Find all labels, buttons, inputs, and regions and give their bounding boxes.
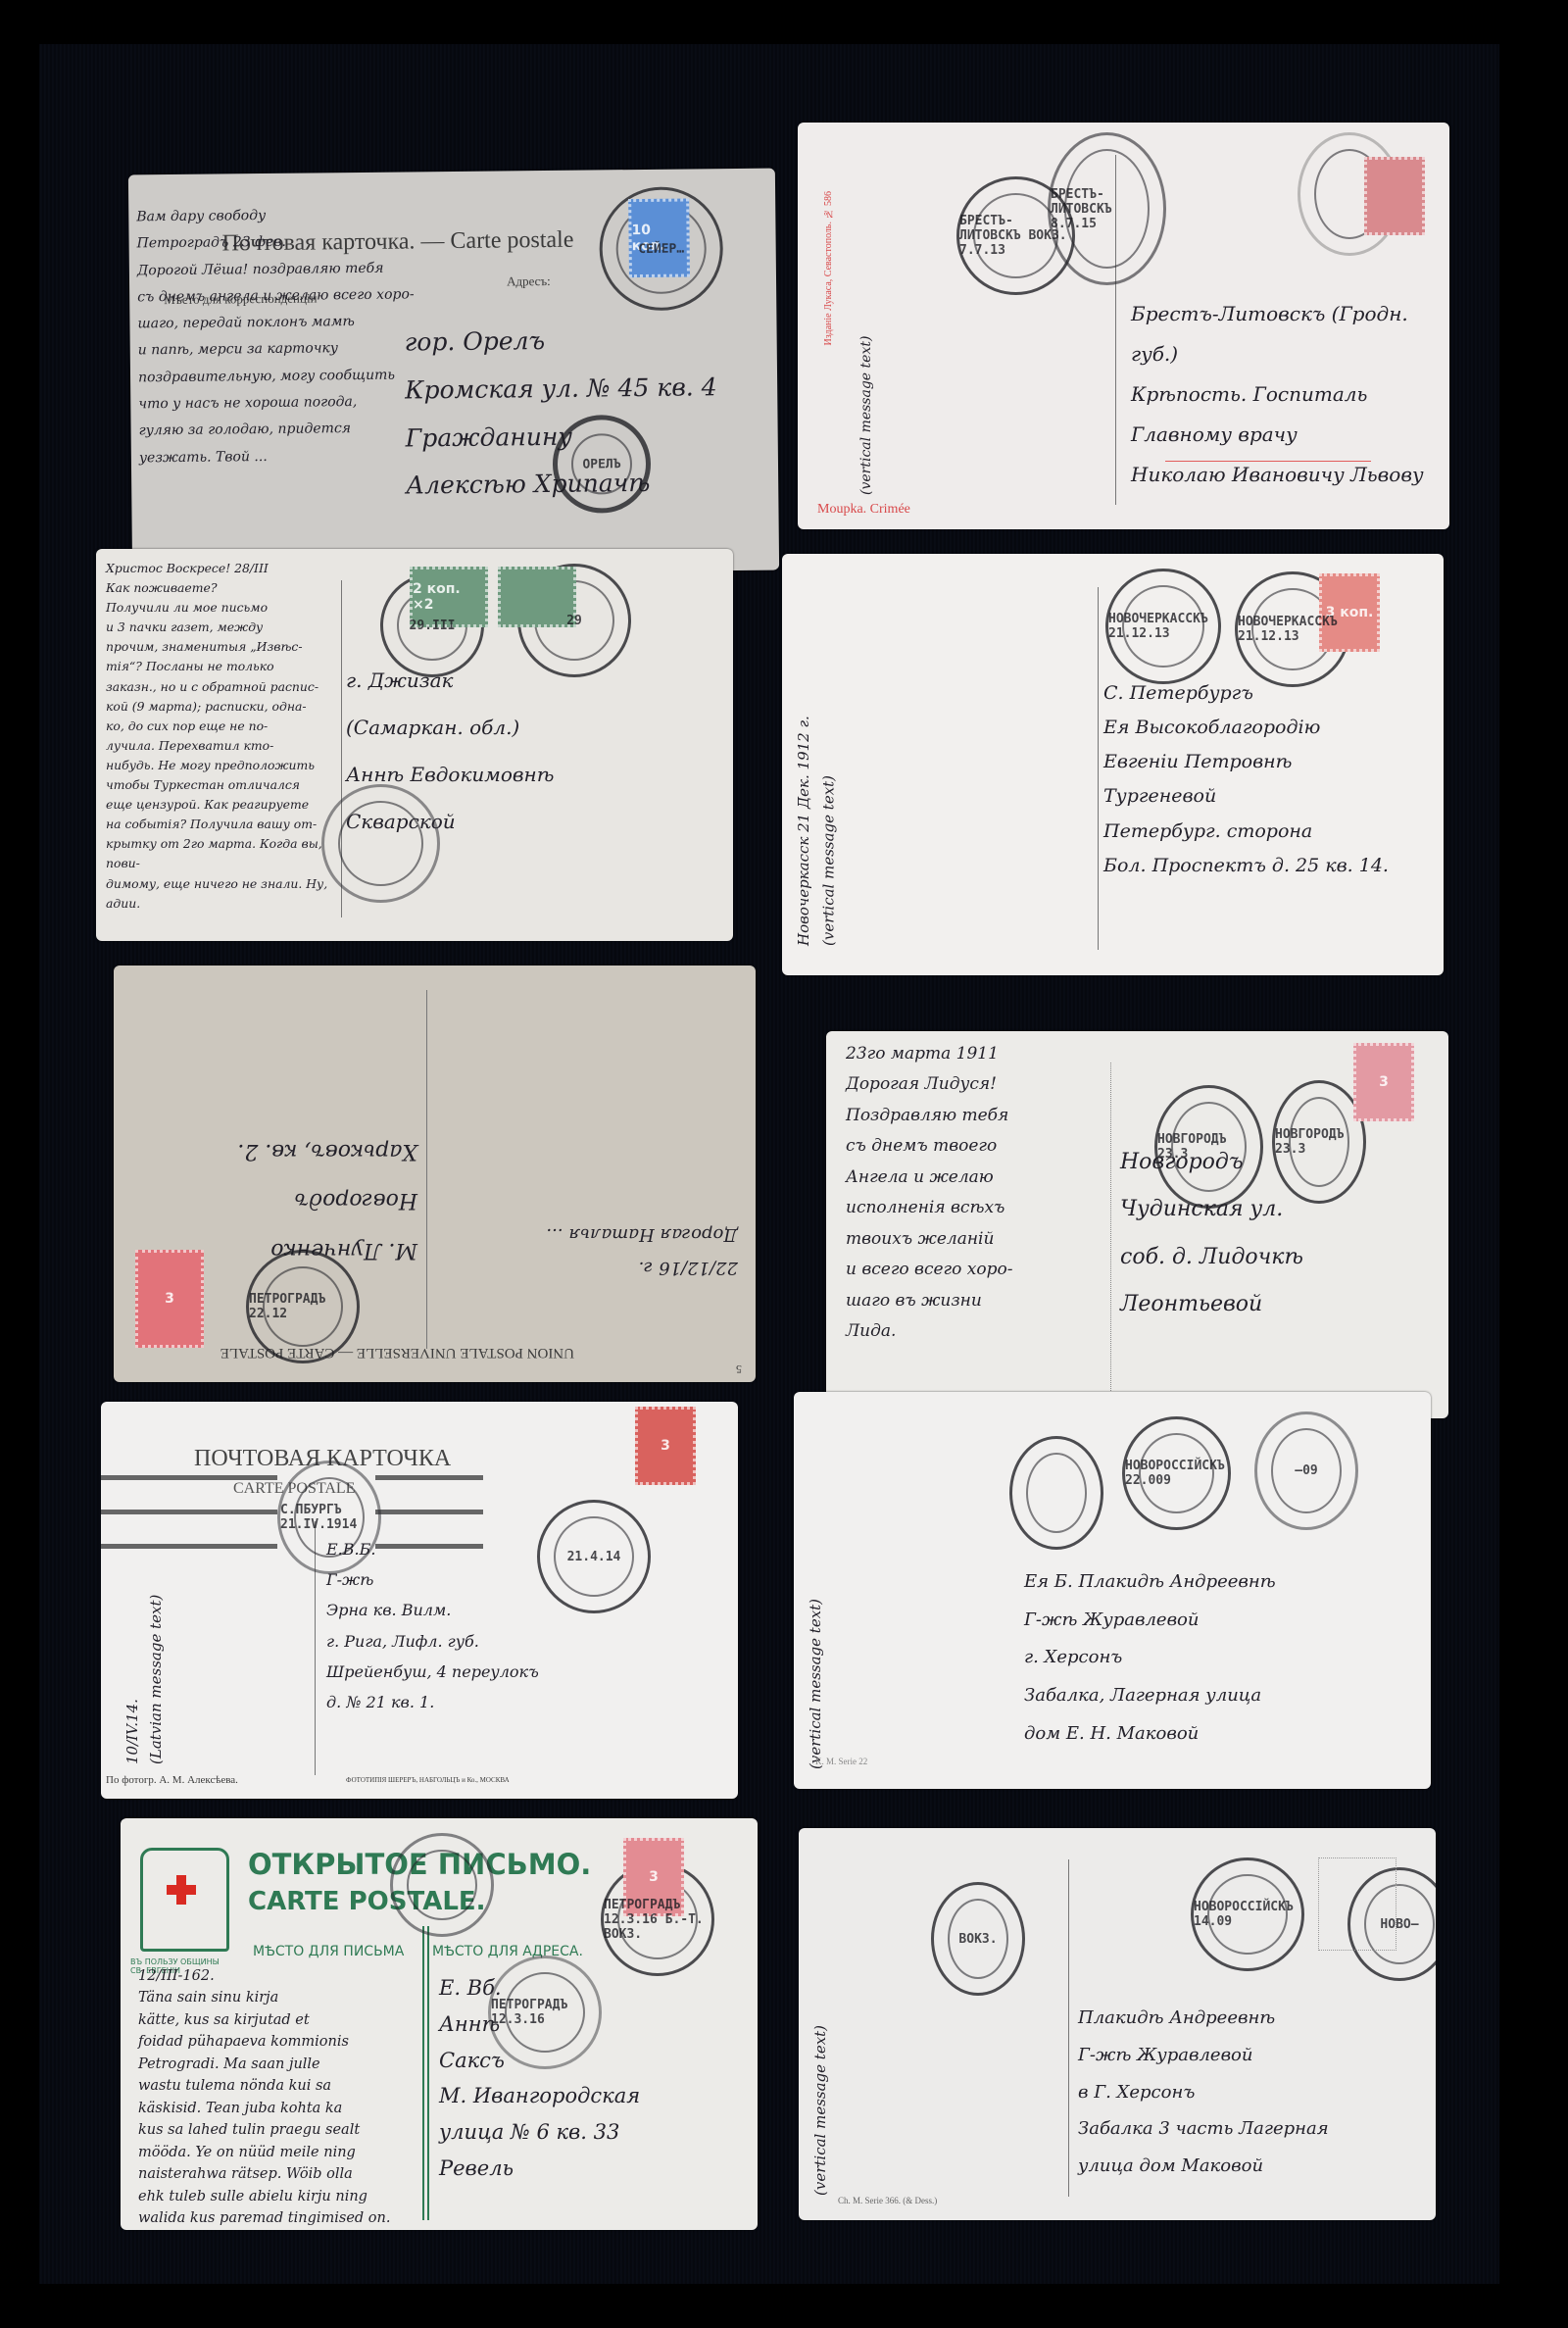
stamp-red <box>1364 157 1425 235</box>
postcard-jizak: Христос Воскресе! 28/III Как поживаете? … <box>96 549 733 941</box>
postcard-brest: Moupka. Crimée Изданіе Лукаса, Севастопо… <box>798 123 1449 529</box>
printed-footer-left: По фотогр. А. М. Алексѣева. <box>106 1774 238 1786</box>
message-text: (vertical message text) <box>804 1407 829 1769</box>
postcard-revel-red-cross: ВЪ ПОЛЬЗУ ОБЩИНЫ СВ. ЕВГЕНІИ ОТКРЫТОЕ ПИ… <box>121 1818 758 2230</box>
address-label: Адресъ: <box>507 273 551 289</box>
postmark: С.ПБУРГЪ 21.IV.1914 <box>277 1461 381 1574</box>
postmark: ПЕТРОГРАДЪ 22.12 <box>246 1250 360 1363</box>
address-text: Ея Б. Плакидѣ Андреевнѣ Г-жѣ Журавлевой … <box>1024 1563 1416 1753</box>
postmark: ПЕТРОГРАДЪ 12.3.16 <box>488 1956 602 2069</box>
postmark: ОРЕЛЪ <box>552 415 651 514</box>
postcard-petrograd-upside-down: UNION POSTALE UNIVERSELLE — CARTE POSTAL… <box>114 966 756 1382</box>
printed-footer: Moupka. Crimée <box>817 502 910 518</box>
postcard-orel: Почтовая карточка. — Carte postale Мѣсто… <box>128 169 779 577</box>
postmark <box>1009 1436 1103 1550</box>
address-text: Брестъ-Литовскъ (Гродн. губ.) Крѣпость. … <box>1131 294 1445 495</box>
printed-footer-right: ФОТОТИПІЯ ШЕРЕРЪ, НАБГОЛЬЦЪ и Ко., МОСКВ… <box>346 1776 510 1784</box>
message-text: 12/III-162. Täna sain sinu kirja kätte, … <box>138 1965 432 2230</box>
publisher-note: Изданіе Лукаса, Севастополь. № 586 <box>823 191 834 345</box>
stock-page: Почтовая карточка. — Carte postale Мѣсто… <box>39 44 1499 2284</box>
address-text: Е.В.Б. Г-жѣ Эрна кв. Вилм. г. Рига, Лифл… <box>326 1534 718 1717</box>
stamp-red: 3 <box>635 1407 696 1485</box>
stamp-blue: 10 коп. <box>628 198 690 277</box>
postmark <box>390 1833 494 1937</box>
message-text: Новочеркасск 21 Дек. 1912 г. (vertical m… <box>792 573 842 946</box>
postmark: НОВОЧЕРКАССКЪ 21.12.13 <box>1105 569 1221 684</box>
message-text: 23го марта 1911 Дорогая Лидуся! Поздравл… <box>846 1039 1110 1347</box>
postmark: БРЕСТЪ-ЛИТОВСКЪ 8.7.15 <box>1048 132 1166 285</box>
postmark: НОВОРОССІЙСКЪ 14.09 <box>1191 1857 1304 1971</box>
printed-corner-number: 5 <box>736 1362 742 1376</box>
postmark: ВОКЗ. <box>931 1882 1025 1996</box>
printed-footer: Ch. M. Serie 366. (& Dess.) <box>838 2196 937 2205</box>
postmark <box>321 784 440 903</box>
message-text: Вам дару свободу Петроградъ 23 фев. Доро… <box>136 201 433 471</box>
postmark: НОВГОРОДЪ 23.3 <box>1154 1085 1263 1209</box>
stamp-red: 3 <box>135 1250 204 1348</box>
postmark: —09 <box>1254 1412 1358 1530</box>
message-text: 22/12/16 г. Дорогая Наталья ... <box>444 1217 738 1284</box>
postcard-kherson-2: (vertical message text) Ch. M. Serie 366… <box>799 1828 1436 2220</box>
message-text: (vertical message text) <box>857 162 877 495</box>
postcard-riga: ПОЧТОВАЯ КАРТОЧКА CARTE POSTALE 10/IV.14… <box>101 1402 738 1799</box>
address-text: С. Петербургъ Ея Высокоблагородію Евгені… <box>1103 676 1437 883</box>
stamp-missing-outline <box>1318 1857 1396 1951</box>
message-text: Христос Воскресе! 28/III Как поживаете? … <box>106 559 351 914</box>
postcard-kherson-1: (vertical message text) K. M. Serie 22 Е… <box>794 1392 1431 1789</box>
postcard-novocherkassk: Новочеркасск 21 Дек. 1912 г. (vertical m… <box>782 554 1444 975</box>
stamp-pink: 3 <box>1353 1043 1414 1121</box>
printed-footer: K. M. Serie 22 <box>815 1757 867 1766</box>
postcard-novgorod: 23го марта 1911 Дорогая Лидуся! Поздравл… <box>826 1031 1448 1418</box>
postmark: 21.4.14 <box>537 1500 651 1613</box>
message-label: МѢСТО ДЛЯ ПИСЬМА <box>253 1944 404 1959</box>
postmark: НОВГОРОДЪ 23.3 <box>1272 1080 1366 1204</box>
message-text: 10/IV.14. (Latvian message text) <box>121 1510 168 1764</box>
message-text: (vertical message text) <box>808 1843 834 2196</box>
address-text: Плакидѣ Андреевнѣ Г-жѣ Журавлевой в Г. Х… <box>1078 2000 1431 2185</box>
postmark: НОВОРОССІЙСКЪ 22.009 <box>1122 1416 1231 1530</box>
stamp-green <box>498 567 576 627</box>
